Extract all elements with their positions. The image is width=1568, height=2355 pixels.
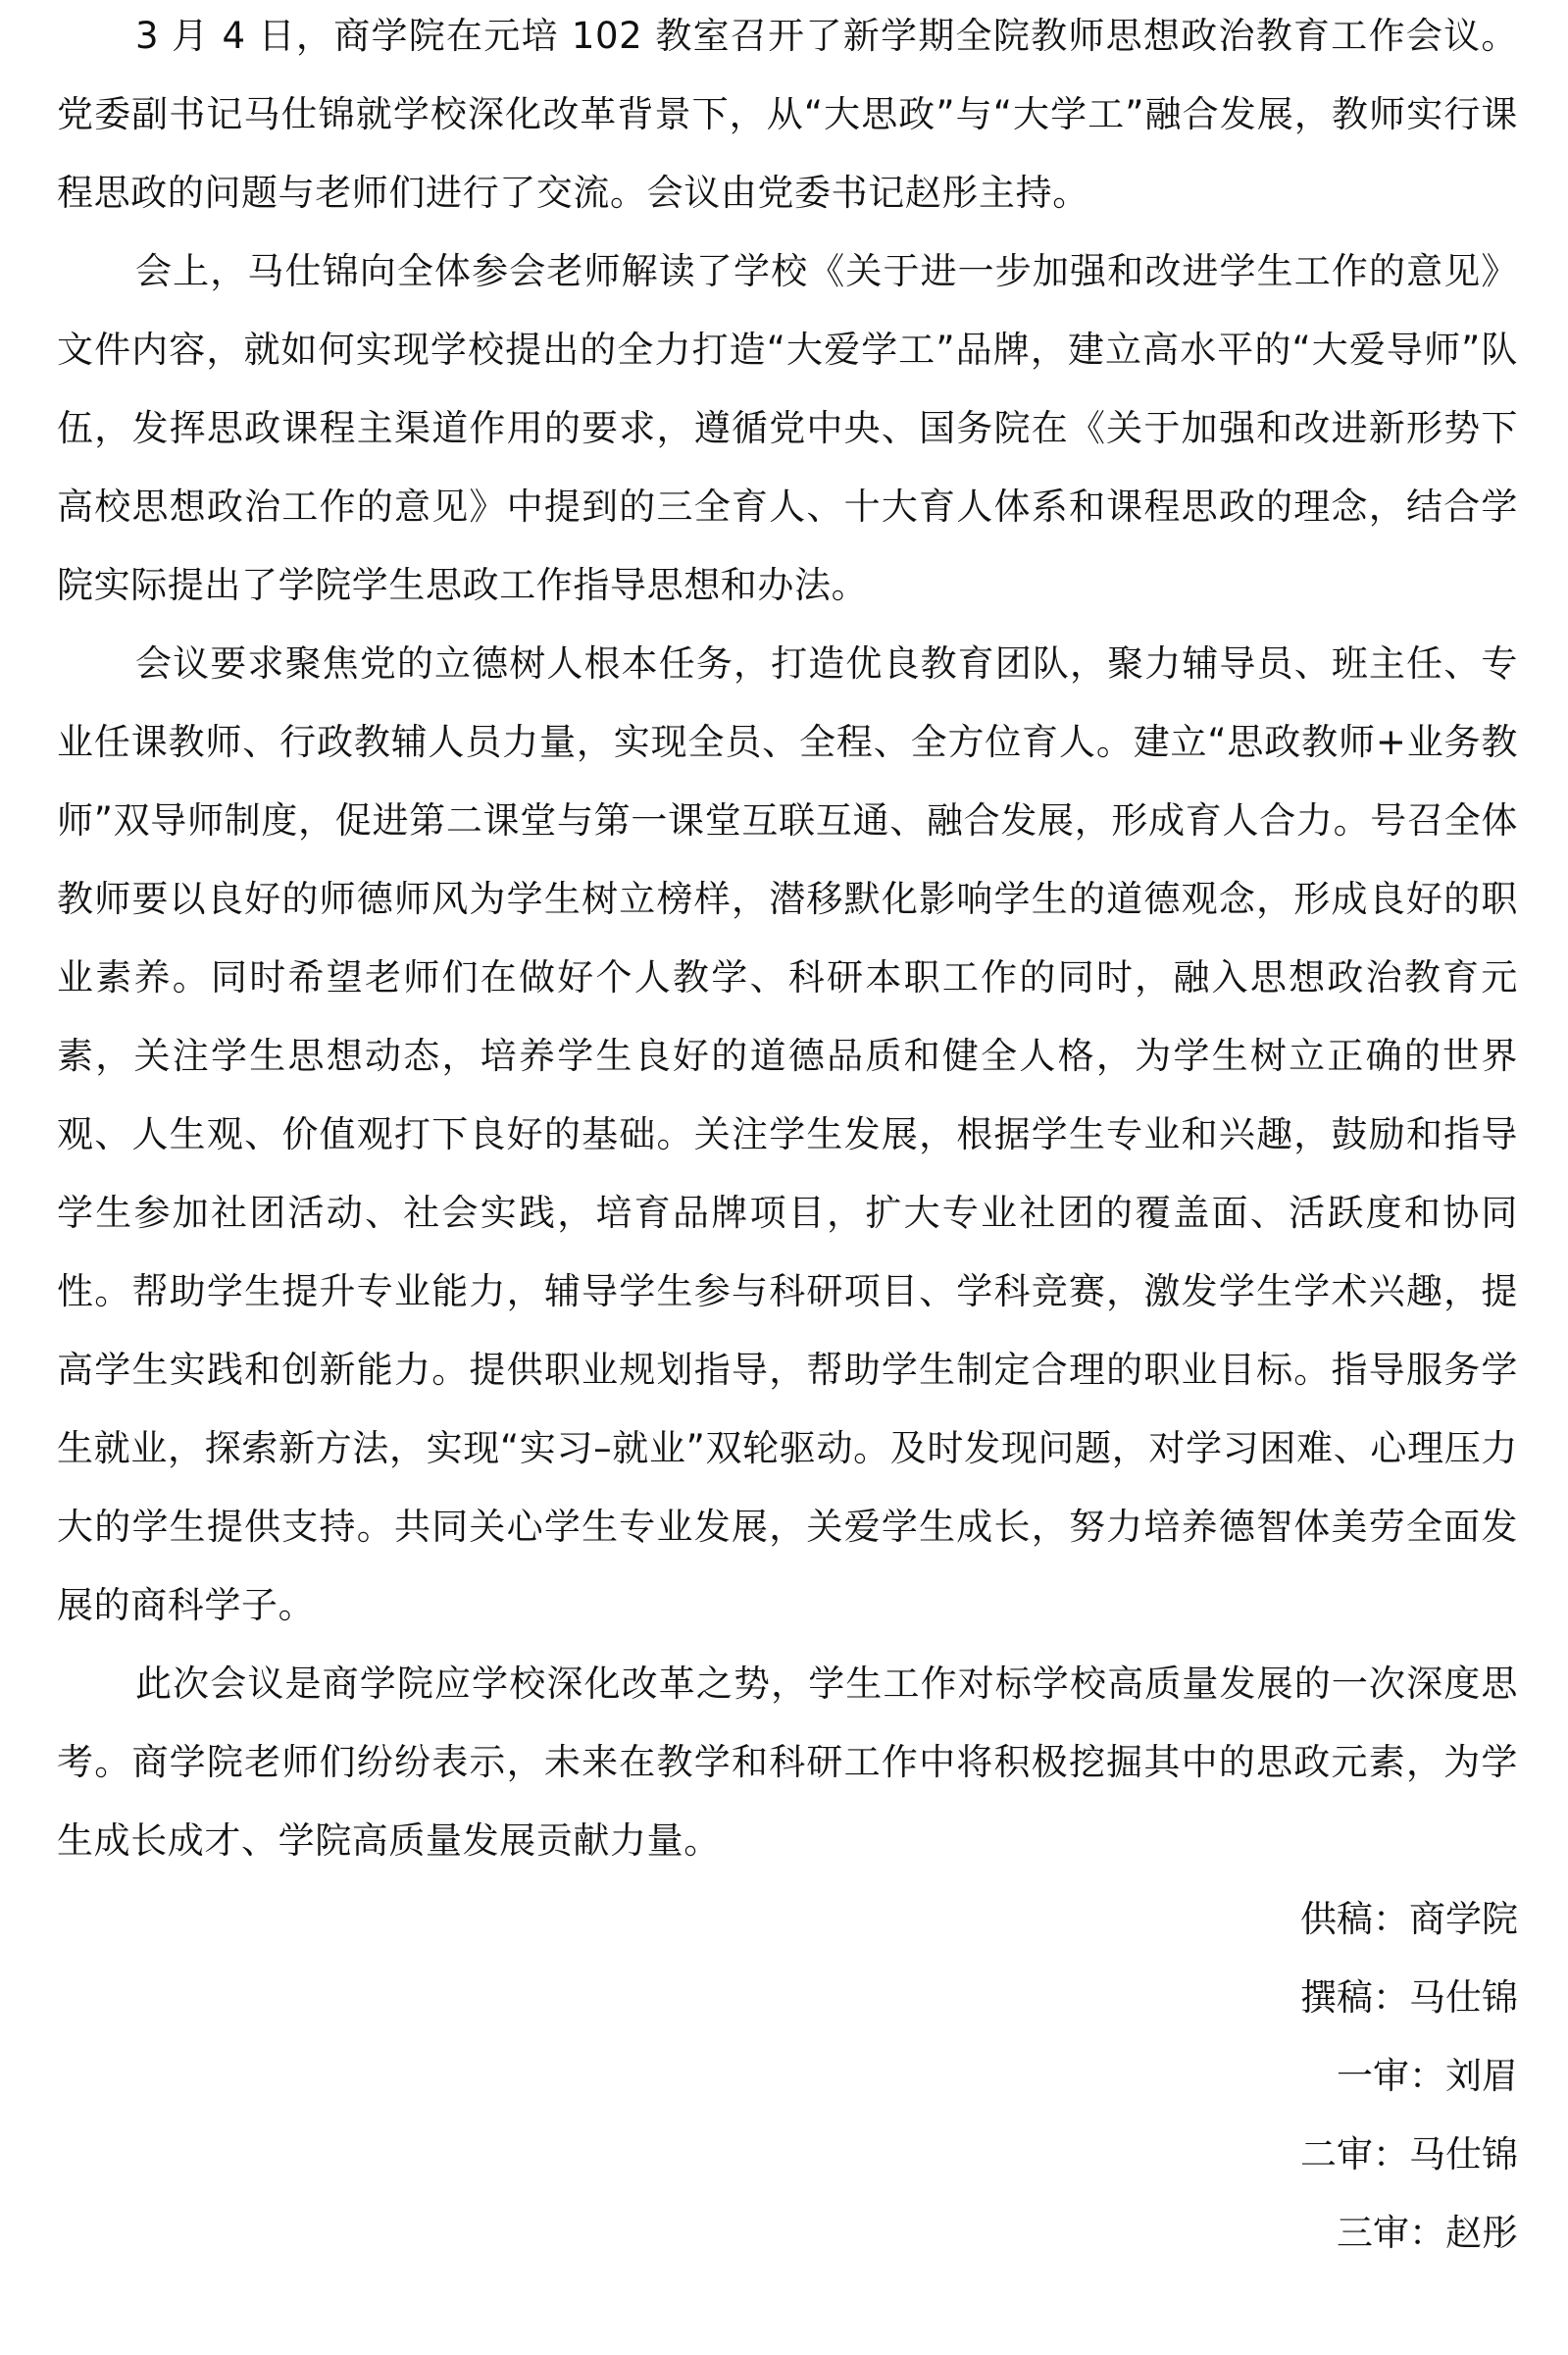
paragraph-meeting-requirements: 会议要求聚焦党的立德树人根本任务，打造优良教育团队，聚力辅导员、班主任、专业任课… <box>57 625 1518 1645</box>
credit-author: 撰稿：马仕锦 <box>57 1959 1518 2037</box>
paragraph-document-interpretation: 会上，马仕锦向全体参会老师解读了学校《关于进一步加强和改进学生工作的意见》文件内… <box>57 232 1518 625</box>
article-body: 3 月 4 日，商学院在元培 102 教室召开了新学期全院教师思想政治教育工作会… <box>57 0 1518 2273</box>
credits-block: 供稿：商学院 撰稿：马仕锦 一审：刘眉 二审：马仕锦 三审：赵彤 <box>57 1880 1518 2273</box>
credit-contributor: 供稿：商学院 <box>57 1880 1518 1959</box>
credit-first-review: 一审：刘眉 <box>57 2037 1518 2116</box>
paragraph-conclusion: 此次会议是商学院应学校深化改革之势，学生工作对标学校高质量发展的一次深度思考。商… <box>57 1645 1518 1880</box>
paragraph-meeting-intro: 3 月 4 日，商学院在元培 102 教室召开了新学期全院教师思想政治教育工作会… <box>57 0 1518 232</box>
credit-second-review: 二审：马仕锦 <box>57 2116 1518 2194</box>
credit-third-review: 三审：赵彤 <box>57 2194 1518 2273</box>
